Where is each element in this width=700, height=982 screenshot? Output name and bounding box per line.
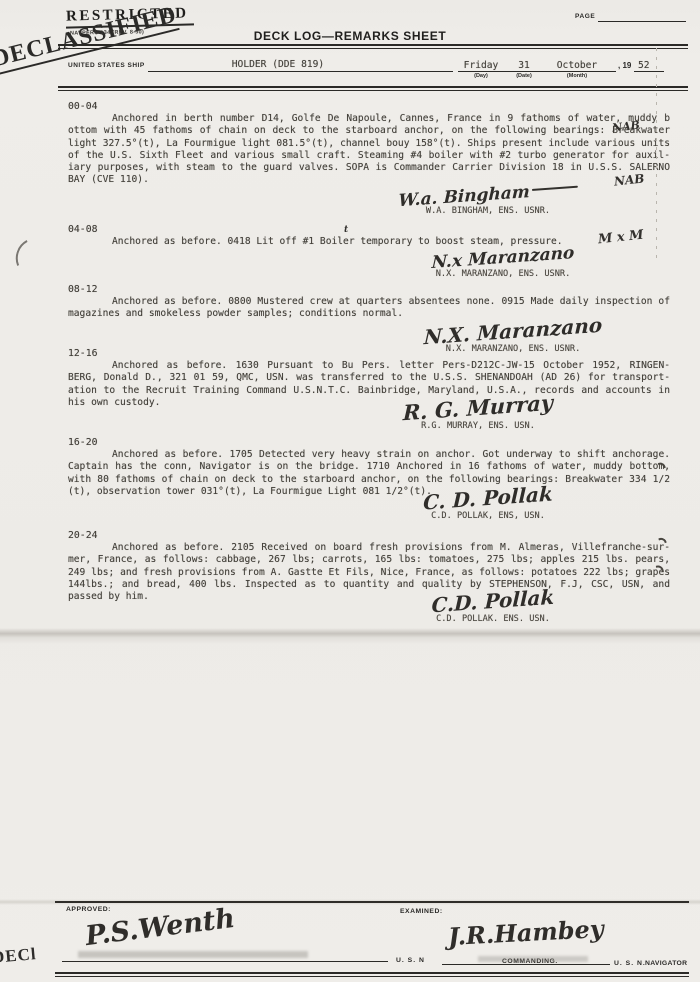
faint-typed-name <box>478 956 588 962</box>
date-label: (Date) <box>512 73 536 79</box>
signature-block: C.D. Pollak C.D. POLLAK. ENS. USN. <box>368 589 618 626</box>
signature-block: R. G. Murray R.G. MURRAY, ENS. USN. <box>353 395 603 433</box>
log-entry-2024: 20-24 Anchored as before. 2105 Received … <box>68 530 670 626</box>
rule-line <box>55 976 689 977</box>
signature-typed: C.D. POLLAK. ENS. USN. <box>436 614 550 624</box>
united-states-ship-label: UNITED STATES SHIP <box>68 62 145 69</box>
usn-label-right: U. S. N. <box>614 960 646 967</box>
log-entry-0812: 08-12 Anchored as before. 0800 Mustered … <box>68 284 670 356</box>
rule-line <box>58 86 688 88</box>
log-entry-0408: 04-08 Anchored as before. 0418 Lit off #… <box>68 224 670 281</box>
navigator-signature-line <box>442 964 610 965</box>
date-blank-line <box>458 71 616 72</box>
commanding-signature-line <box>62 961 388 962</box>
deck-log-page: RESTRICTED DECLASSIFIED NAVPERS-134 (REV… <box>0 0 700 982</box>
log-entry-1216: 12-16 Anchored as before. 1630 Pursuant … <box>68 348 670 433</box>
rule-line <box>58 90 688 91</box>
month-label: (Month) <box>546 73 608 79</box>
rule-line <box>55 972 689 974</box>
approved-label: APPROVED: <box>66 906 111 913</box>
watch-period: 12-16 <box>68 348 670 359</box>
usn-label-left: U. S. N <box>396 957 425 964</box>
page-title: DECK LOG—REMARKS SHEET <box>0 29 700 43</box>
watch-period: 16-20 <box>68 437 670 448</box>
rule-line <box>58 44 688 46</box>
page-number-blank-line <box>598 21 686 22</box>
page-number-label: PAGE <box>575 13 595 20</box>
entry-text: Anchored in berth number D14, Golfe De N… <box>68 113 670 187</box>
year-underline <box>634 71 664 72</box>
entry-text-body: Anchored as before. 0418 Lit off #1 Boil… <box>112 236 563 247</box>
signature-block: W.a. Bingham W.A. BINGHAM, ENS. USNR. <box>363 185 613 218</box>
handwritten-caret-t: t <box>344 225 348 235</box>
signature-block: N.x Maranzano N.X. MARANZANO, ENS. USNR. <box>378 248 628 281</box>
watch-period: 00-04 <box>68 101 670 112</box>
watch-period: 08-12 <box>68 284 670 295</box>
entry-text-body: Anchored in berth number D14, Golfe De N… <box>68 113 670 185</box>
footer-double-rule <box>55 972 689 977</box>
year-prefix: , 19 <box>618 61 631 70</box>
footer-top-rule <box>55 901 689 903</box>
ship-name-value: HOLDER (DDE 819) <box>148 59 408 71</box>
watch-period: 20-24 <box>68 530 670 541</box>
signature-name: C. D. Pollak <box>423 482 553 515</box>
header-double-rule-2 <box>58 86 688 91</box>
paper-fold-crease <box>0 628 700 644</box>
day-label: (Day) <box>458 73 504 79</box>
examined-label: EXAMINED: <box>400 908 443 915</box>
signature-flourish <box>532 186 578 191</box>
paper-edge-marks <box>656 48 657 258</box>
log-entry-1620: 16-20 Anchored as before. 1705 Detected … <box>68 437 670 523</box>
watch-period: 04-08 <box>68 224 670 235</box>
signature-block: C. D. Pollak C.D. POLLAK, ENS, USN. <box>363 486 613 523</box>
faint-typed-name <box>78 951 308 958</box>
declassified-partial-stamp: DECl <box>0 944 37 968</box>
header-double-rule <box>58 44 688 49</box>
navigator-label: NAVIGATOR <box>645 960 687 967</box>
ship-name-blank-line <box>148 71 453 72</box>
scan-artifact-curve <box>11 233 56 280</box>
navigator-signature: J.R.Hambey <box>447 914 604 951</box>
rule-line <box>58 48 688 49</box>
log-entry-0004: 00-04 Anchored in berth number D14, Golf… <box>68 101 670 218</box>
scan-artifact-curve <box>0 707 36 767</box>
